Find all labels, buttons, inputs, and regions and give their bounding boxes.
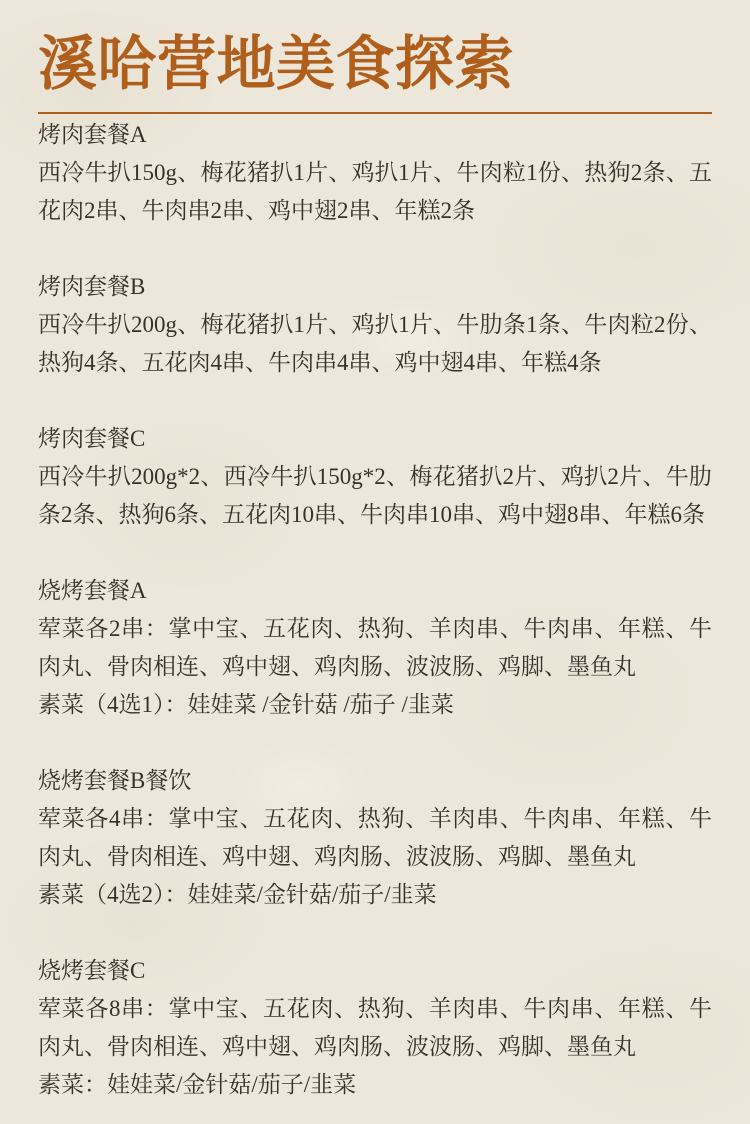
set-meal-heading: 烧烤套餐B餐饮 [38, 762, 712, 800]
paper-background: { "page": { "title": "溪哈营地美食探索", "accent… [0, 0, 750, 1124]
set-meal-items: 素菜（4选2）：娃娃菜/金针菇/茄子/韭菜 [38, 876, 712, 914]
page-title: 溪哈营地美食探索 [38, 0, 712, 99]
menu-page: 溪哈营地美食探索 烤肉套餐A 西冷牛扒150g、梅花猪扒1片、鸡扒1片、牛肉粒1… [0, 0, 750, 1104]
set-meal-heading: 烤肉套餐B [38, 268, 712, 306]
set-meal-items: 西冷牛扒150g、梅花猪扒1片、鸡扒1片、牛肉粒1份、热狗2条、五花肉2串、牛肉… [38, 154, 712, 230]
set-meal-heading: 烤肉套餐C [38, 420, 712, 458]
set-meal-items: 荤菜各4串：掌中宝、五花肉、热狗、羊肉串、牛肉串、年糕、牛肉丸、骨肉相连、鸡中翅… [38, 800, 712, 876]
set-meal-items: 西冷牛扒200g*2、西冷牛扒150g*2、梅花猪扒2片、鸡扒2片、牛肋条2条、… [38, 458, 712, 534]
set-meal-heading: 烧烤套餐A [38, 572, 712, 610]
set-meal-heading: 烧烤套餐C [38, 952, 712, 990]
menu-section: 烤肉套餐A 西冷牛扒150g、梅花猪扒1片、鸡扒1片、牛肉粒1份、热狗2条、五花… [38, 116, 712, 230]
menu-section: 烧烤套餐B餐饮 荤菜各4串：掌中宝、五花肉、热狗、羊肉串、牛肉串、年糕、牛肉丸、… [38, 762, 712, 914]
menu-section: 烤肉套餐B 西冷牛扒200g、梅花猪扒1片、鸡扒1片、牛肋条1条、牛肉粒2份、热… [38, 268, 712, 382]
menu-sections: 烤肉套餐A 西冷牛扒150g、梅花猪扒1片、鸡扒1片、牛肉粒1份、热狗2条、五花… [38, 116, 712, 1104]
set-meal-items: 西冷牛扒200g、梅花猪扒1片、鸡扒1片、牛肋条1条、牛肉粒2份、热狗4条、五花… [38, 306, 712, 382]
set-meal-items: 荤菜各2串：掌中宝、五花肉、热狗、羊肉串、牛肉串、年糕、牛肉丸、骨肉相连、鸡中翅… [38, 610, 712, 686]
set-meal-items: 荤菜各8串：掌中宝、五花肉、热狗、羊肉串、牛肉串、年糕、牛肉丸、骨肉相连、鸡中翅… [38, 990, 712, 1066]
menu-section: 烤肉套餐C 西冷牛扒200g*2、西冷牛扒150g*2、梅花猪扒2片、鸡扒2片、… [38, 420, 712, 534]
menu-section: 烧烤套餐A 荤菜各2串：掌中宝、五花肉、热狗、羊肉串、牛肉串、年糕、牛肉丸、骨肉… [38, 572, 712, 724]
menu-section: 烧烤套餐C 荤菜各8串：掌中宝、五花肉、热狗、羊肉串、牛肉串、年糕、牛肉丸、骨肉… [38, 952, 712, 1104]
set-meal-heading: 烤肉套餐A [38, 116, 712, 154]
title-divider [38, 112, 712, 114]
set-meal-items: 素菜：娃娃菜/金针菇/茄子/韭菜 [38, 1066, 712, 1104]
set-meal-items: 素菜（4选1）：娃娃菜 /金针菇 /茄子 /韭菜 [38, 686, 712, 724]
